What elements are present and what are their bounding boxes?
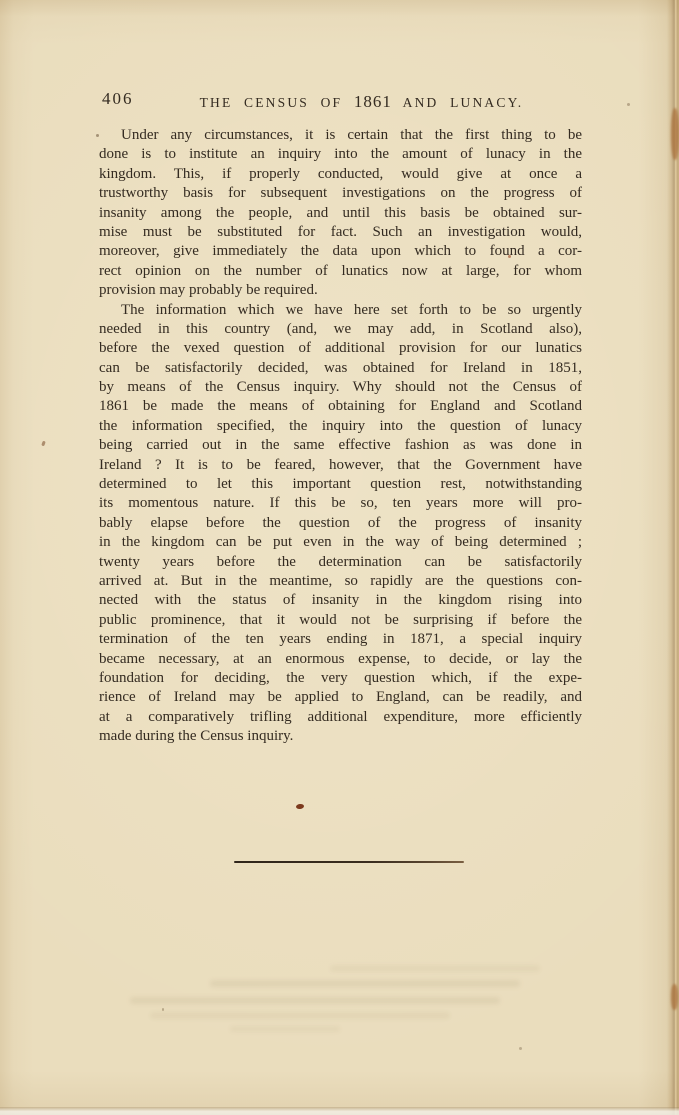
show-through-smudge <box>330 965 540 972</box>
show-through-smudge <box>130 997 500 1004</box>
text-line: Under any circumstances, it is certain t… <box>99 126 582 145</box>
edge-tear-mark <box>671 984 678 1010</box>
text-line: rect opinion on the number of lunatics n… <box>99 262 582 281</box>
text-line: done is to institute an inquiry into the… <box>99 145 582 164</box>
text-line: provision may probably be required. <box>99 281 582 300</box>
text-line: trustworthy basis for subsequent investi… <box>99 184 582 203</box>
running-head-pre: THE CENSUS OF <box>200 95 343 110</box>
running-head: THE CENSUS OF 1861 AND LUNACY. <box>120 92 603 112</box>
text-line: twenty years before the determination ca… <box>99 553 582 572</box>
running-head-post: AND LUNACY. <box>403 95 524 110</box>
show-through-smudge <box>210 980 520 987</box>
text-line: can be satisfactorily decided, was obtai… <box>99 359 582 378</box>
text-line: public prominence, that it would not be … <box>99 611 582 630</box>
text-line: termination of the ten years ending in 1… <box>99 630 582 649</box>
text-line: foundation for deciding, the very questi… <box>99 669 582 688</box>
text-line: needed in this country (and, we may add,… <box>99 320 582 339</box>
edge-tear-mark <box>671 108 679 160</box>
page-edge-shadow <box>667 0 679 1115</box>
stain-mark <box>519 1047 522 1050</box>
stain-mark <box>627 103 630 106</box>
text-line: its momentous nature. If this be so, ten… <box>99 494 582 513</box>
text-line: nected with the status of insanity in th… <box>99 591 582 610</box>
stain-mark <box>162 1008 164 1011</box>
text-line: Ireland ? It is to be feared, however, t… <box>99 456 582 475</box>
stain-mark <box>41 441 46 447</box>
text-line: in the kingdom can be put even in the wa… <box>99 533 582 552</box>
text-line: bably elapse before the question of the … <box>99 514 582 533</box>
text-line: determined to let this important questio… <box>99 475 582 494</box>
text-line: rience of Ireland may be applied to Engl… <box>99 688 582 707</box>
text-line: made during the Census inquiry. <box>99 727 582 746</box>
page-bottom-edge <box>0 1107 679 1115</box>
text-line: insanity among the people, and until thi… <box>99 204 582 223</box>
text-line: by means of the Census inquiry. Why shou… <box>99 378 582 397</box>
ink-spot <box>296 803 305 809</box>
section-end-rule <box>234 861 464 863</box>
text-line: became necessary, at an enormous expense… <box>99 650 582 669</box>
show-through-smudge <box>230 1026 340 1032</box>
paragraph-1: Under any circumstances, it is certain t… <box>99 126 582 301</box>
text-line: moreover, give immediately the data upon… <box>99 242 582 261</box>
text-line: mise must be substituted for fact. Such … <box>99 223 582 242</box>
text-line: the information specified, the inquiry i… <box>99 417 582 436</box>
book-page-scan: 406 THE CENSUS OF 1861 AND LUNACY. Under… <box>0 0 679 1115</box>
stain-mark <box>96 134 99 137</box>
running-head-year: 1861 <box>354 92 392 111</box>
text-line: before the vexed question of additional … <box>99 339 582 358</box>
stain-mark <box>508 255 511 258</box>
text-line: 1861 be made the means of obtaining for … <box>99 397 582 416</box>
text-line: being carried out in the same effective … <box>99 436 582 455</box>
text-line: arrived at. But in the meantime, so rapi… <box>99 572 582 591</box>
text-line: kingdom. This, if properly conducted, wo… <box>99 165 582 184</box>
text-line: at a comparatively trifling additional e… <box>99 708 582 727</box>
paragraph-2: The information which we have here set f… <box>99 301 582 747</box>
show-through-smudge <box>150 1012 450 1019</box>
text-line: The information which we have here set f… <box>99 301 582 320</box>
body-text: Under any circumstances, it is certain t… <box>99 126 582 747</box>
